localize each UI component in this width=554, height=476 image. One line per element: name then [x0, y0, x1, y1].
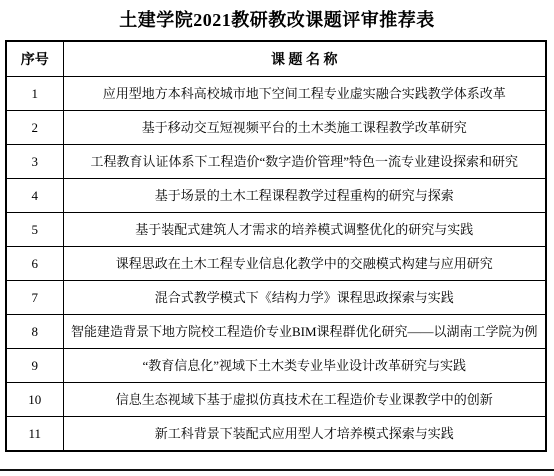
table-row: 1 应用型地方本科高校城市地下空间工程专业虚实融合实践教学体系改革: [6, 77, 546, 111]
topic-name-cell: 基于装配式建筑人才需求的培养模式调整优化的研究与实践: [63, 213, 546, 247]
table-row: 7 混合式教学模式下《结构力学》课程思政探索与实践: [6, 281, 546, 315]
recommendation-table: 序号 课 题 名 称 1 应用型地方本科高校城市地下空间工程专业虚实融合实践教学…: [5, 40, 547, 452]
row-index-cell: 11: [6, 417, 63, 452]
table-row: 5 基于装配式建筑人才需求的培养模式调整优化的研究与实践: [6, 213, 546, 247]
topic-name-cell: 基于移动交互短视频平台的土木类施工课程教学改革研究: [63, 111, 546, 145]
table-row: 4 基于场景的土木工程课程教学过程重构的研究与探索: [6, 179, 546, 213]
table-row: 10 信息生态视域下基于虚拟仿真技术在工程造价专业课教学中的创新: [6, 383, 546, 417]
table-row: 9 “教育信息化”视域下土木类专业毕业设计改革研究与实践: [6, 349, 546, 383]
topic-name-cell: 工程教育认证体系下工程造价“数字造价管理”特色一流专业建设探索和研究: [63, 145, 546, 179]
row-index-cell: 1: [6, 77, 63, 111]
row-index-cell: 7: [6, 281, 63, 315]
table-row: 8 智能建造背景下地方院校工程造价专业BIM课程群优化研究——以湖南工学院为例: [6, 315, 546, 349]
table-row: 6 课程思政在土木工程专业信息化教学中的交融模式构建与应用研究: [6, 247, 546, 281]
table-row: 2 基于移动交互短视频平台的土木类施工课程教学改革研究: [6, 111, 546, 145]
row-index-cell: 5: [6, 213, 63, 247]
page-title: 土建学院2021教研教改课题评审推荐表: [0, 0, 554, 38]
topic-name-cell: “教育信息化”视域下土木类专业毕业设计改革研究与实践: [63, 349, 546, 383]
page-bottom-border: [0, 469, 554, 471]
topic-name-cell: 应用型地方本科高校城市地下空间工程专业虚实融合实践教学体系改革: [63, 77, 546, 111]
row-index-cell: 6: [6, 247, 63, 281]
row-index-cell: 10: [6, 383, 63, 417]
table-row: 3 工程教育认证体系下工程造价“数字造价管理”特色一流专业建设探索和研究: [6, 145, 546, 179]
header-topic-name: 课 题 名 称: [63, 41, 546, 77]
topic-name-cell: 智能建造背景下地方院校工程造价专业BIM课程群优化研究——以湖南工学院为例: [63, 315, 546, 349]
row-index-cell: 3: [6, 145, 63, 179]
header-index: 序号: [6, 41, 63, 77]
topic-name-cell: 混合式教学模式下《结构力学》课程思政探索与实践: [63, 281, 546, 315]
topic-name-cell: 课程思政在土木工程专业信息化教学中的交融模式构建与应用研究: [63, 247, 546, 281]
row-index-cell: 4: [6, 179, 63, 213]
row-index-cell: 8: [6, 315, 63, 349]
row-index-cell: 9: [6, 349, 63, 383]
table-header-row: 序号 课 题 名 称: [6, 41, 546, 77]
topic-name-cell: 新工科背景下装配式应用型人才培养模式探索与实践: [63, 417, 546, 452]
topic-name-cell: 信息生态视域下基于虚拟仿真技术在工程造价专业课教学中的创新: [63, 383, 546, 417]
table-row: 11 新工科背景下装配式应用型人才培养模式探索与实践: [6, 417, 546, 452]
topic-name-cell: 基于场景的土木工程课程教学过程重构的研究与探索: [63, 179, 546, 213]
row-index-cell: 2: [6, 111, 63, 145]
